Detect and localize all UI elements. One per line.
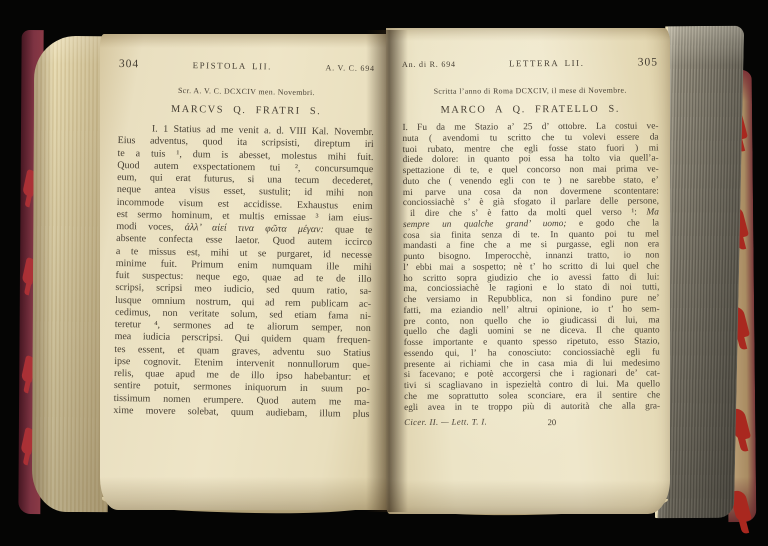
left-fore-edge-pages (32, 36, 110, 512)
right-page-body: I. Fu da me Stazio a’ 25 d’ ottobre. La … (402, 121, 660, 413)
footer-sheet-number: 20 (548, 417, 557, 427)
right-salutation: MARCO A Q. FRATELLO S. (402, 103, 658, 116)
text-line: l’ ebbi mai a sospetto; nè t’ ho scritto… (403, 261, 659, 273)
book-photo-scene: 304 EPISTOLA LII. A. V. C. 694 Scr. A. V… (0, 0, 768, 546)
left-page-header: 304 EPISTOLA LII. A. V. C. 694 (119, 58, 375, 74)
left-salutation: MARCVS Q. FRATRI S. (118, 103, 374, 118)
left-page-number: 304 (119, 58, 139, 70)
right-header-left: An. di R. 694 (402, 60, 456, 69)
text-line: sempre un qualche grand’ uomo; e godo ch… (403, 218, 659, 230)
right-page-header: An. di R. 694 LETTERA LII. 305 (402, 56, 658, 70)
right-page-text: An. di R. 694 LETTERA LII. 305 Scritta l… (402, 56, 660, 429)
left-header-right: A. V. C. 694 (325, 63, 374, 73)
left-running-title: EPISTOLA LII. (193, 60, 272, 71)
right-page-footer: Cicer. II. — Lett. T. I. 20 (404, 416, 660, 430)
italic-text: sempre un qualche grand’ uomo; (403, 219, 567, 230)
text-line: duto che ( venendo egli con te ) ne sare… (403, 175, 659, 187)
text-line: essendo qui, l’ ha conosciuto: conciossi… (404, 347, 660, 359)
text-line: fatti, ma eziandio nell’ altrui opinione… (404, 304, 660, 316)
right-dateline: Scritta l’anno di Roma DCXCIV, il mese d… (402, 85, 658, 96)
left-page-body: I. 1 Statius ad me venit a. d. VIII Kal.… (113, 123, 374, 421)
left-dateline: Scr. A. V. C. DCXCIV men. Novembri. (118, 85, 374, 98)
text-line: che me soprattutto solea sconciare, era … (404, 390, 660, 402)
text-line: egli avea in te troppo più di autorità c… (404, 401, 660, 413)
right-page: An. di R. 694 LETTERA LII. 305 Scritta l… (386, 28, 670, 514)
right-page-number: 305 (638, 56, 658, 68)
footer-signature: Cicer. II. — Lett. T. I. (404, 417, 487, 428)
left-page: 304 EPISTOLA LII. A. V. C. 694 Scr. A. V… (100, 34, 390, 510)
right-running-title: LETTERA LII. (509, 58, 584, 68)
text-line: nuta ( avendomi tu scritto che tu volevi… (402, 132, 658, 144)
italic-text: Ma (647, 207, 659, 217)
left-page-text: 304 EPISTOLA LII. A. V. C. 694 Scr. A. V… (113, 58, 375, 421)
italic-text: ἀλλ’ αἰεί τινα φῶτα μέγαν: (185, 222, 324, 235)
